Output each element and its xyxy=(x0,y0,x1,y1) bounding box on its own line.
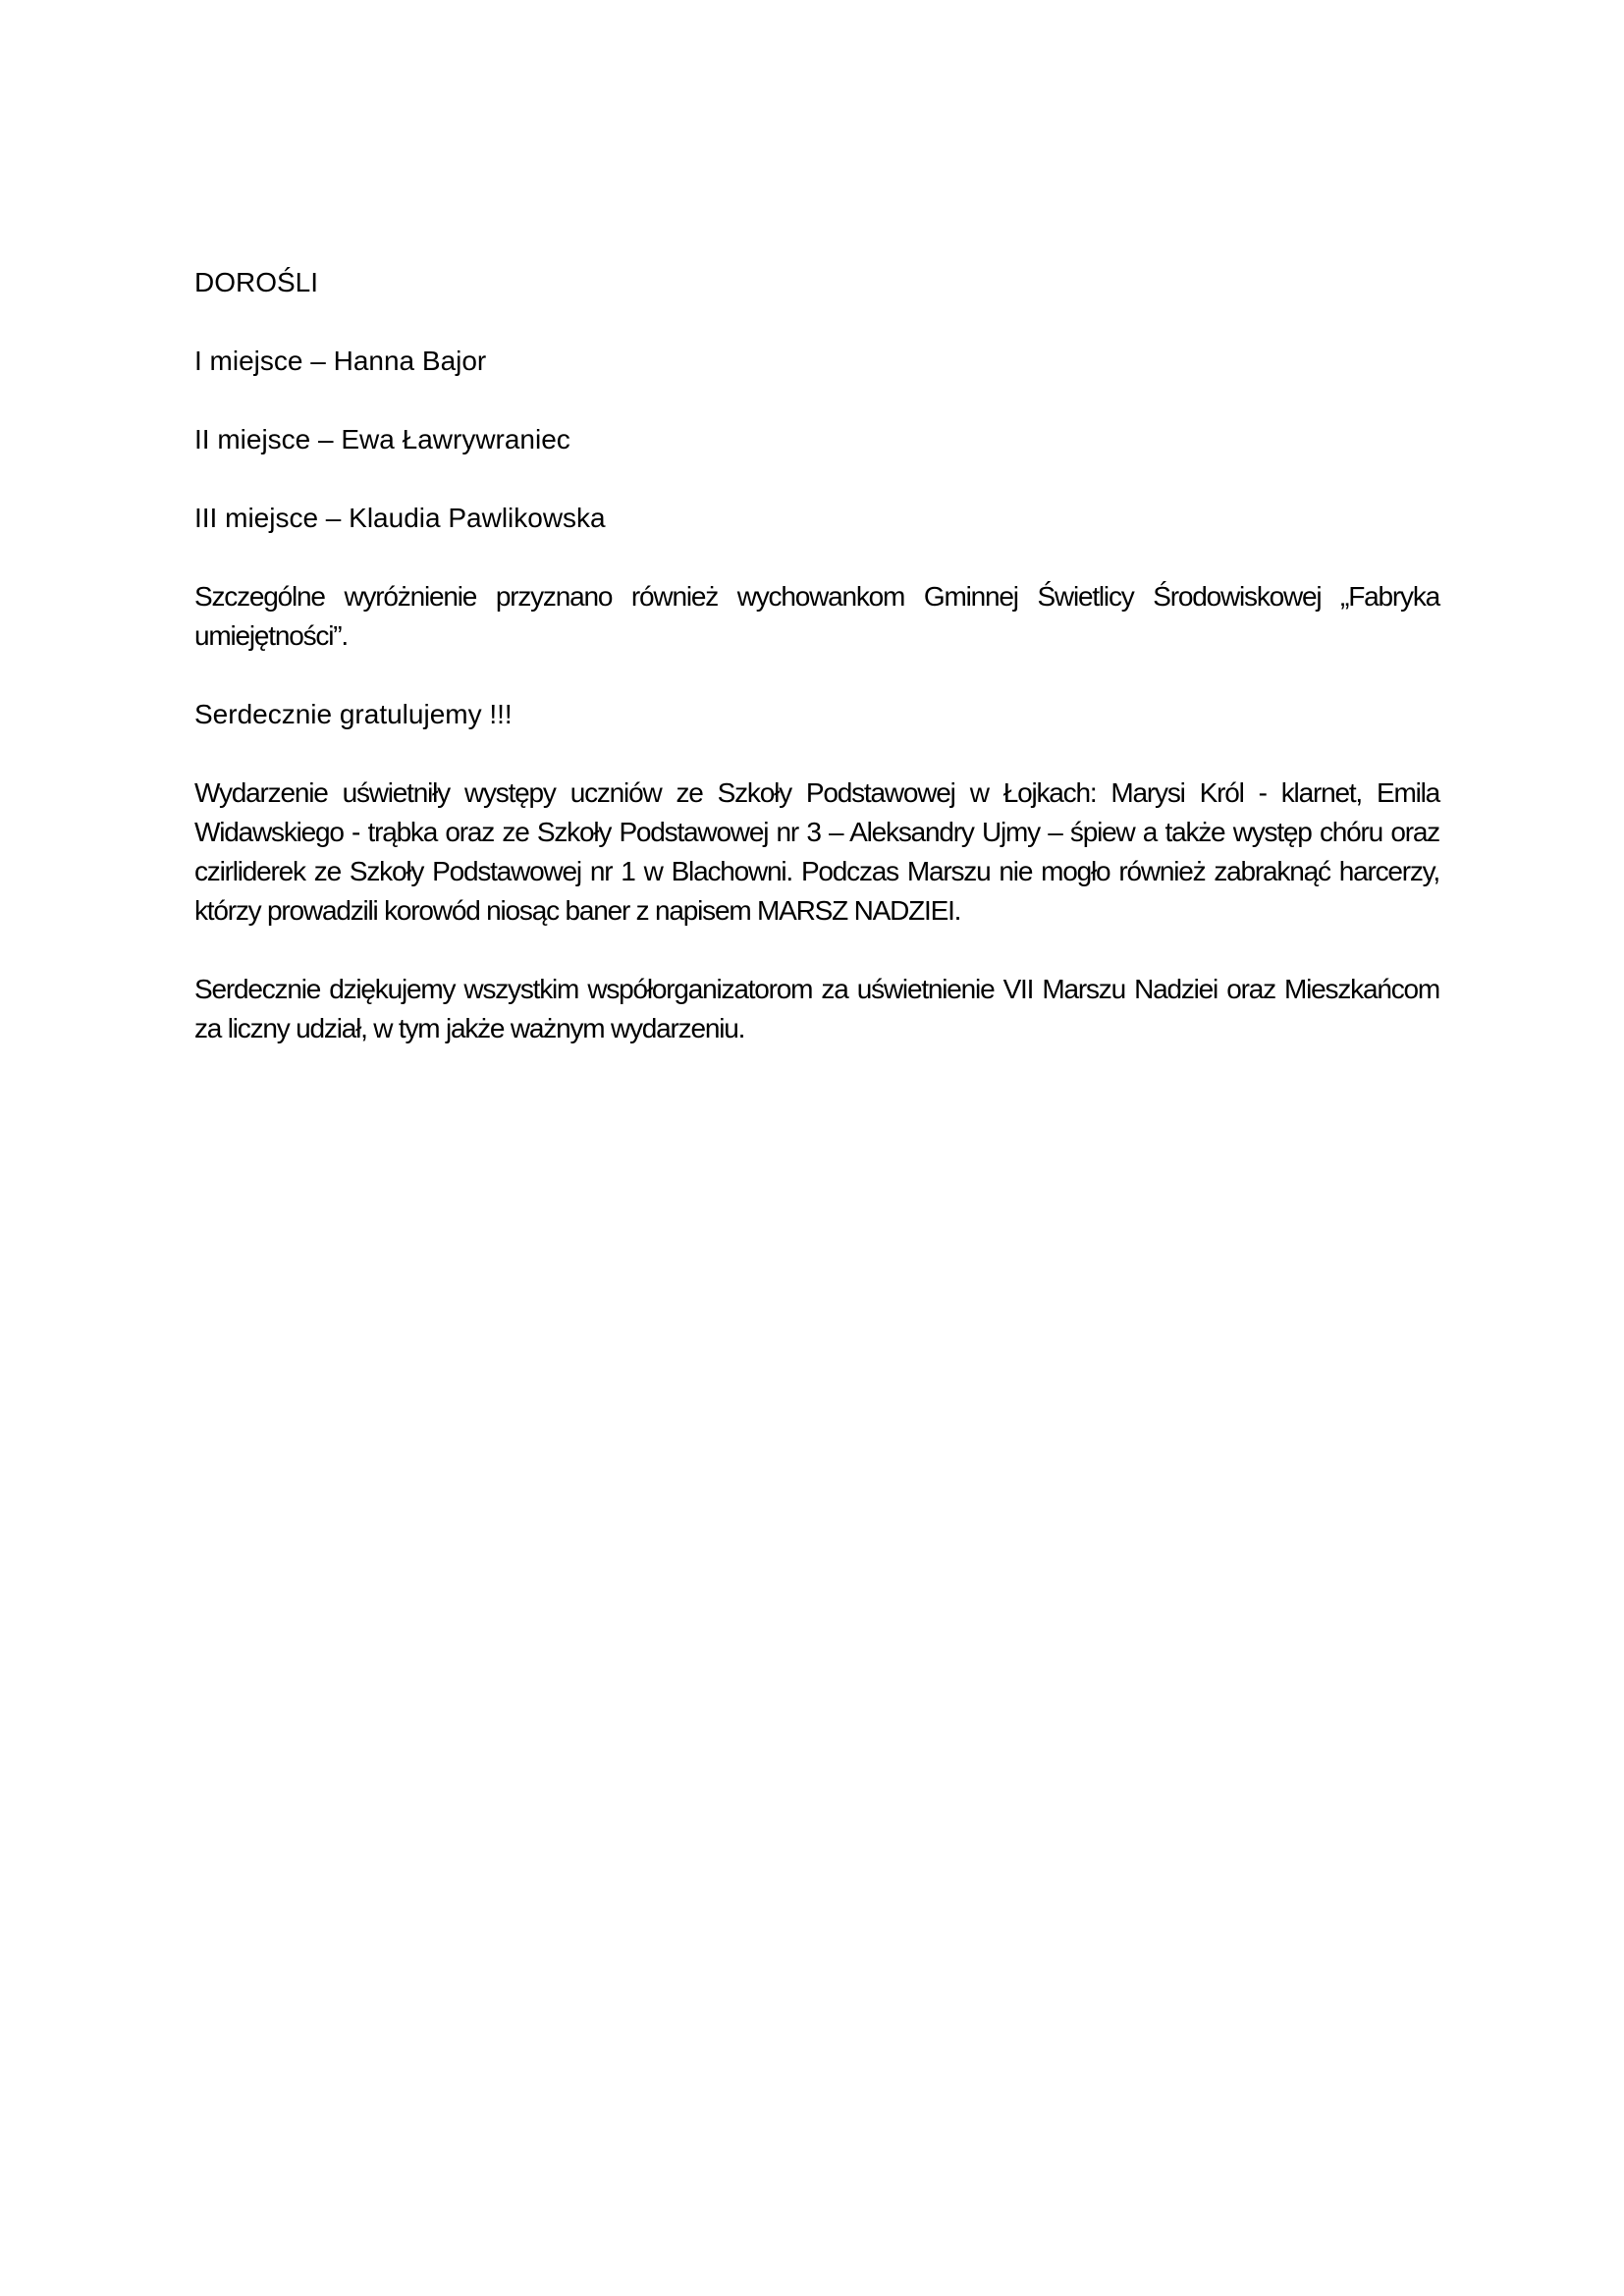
thanks-paragraph: Serdecznie dziękujemy wszystkim współorg… xyxy=(194,970,1439,1048)
place-1: I miejsce – Hanna Bajor xyxy=(194,342,1439,381)
place-3: III miejsce – Klaudia Pawlikowska xyxy=(194,499,1439,538)
place-2: II miejsce – Ewa Ławrywraniec xyxy=(194,420,1439,459)
distinction-paragraph: Szczególne wyróżnienie przyznano również… xyxy=(194,577,1439,656)
document-page: DOROŚLI I miejsce – Hanna Bajor II miejs… xyxy=(194,263,1439,1088)
event-paragraph: Wydarzenie uświetniły występy uczniów ze… xyxy=(194,774,1439,931)
congrats-line: Serdecznie gratulujemy !!! xyxy=(194,695,1439,734)
section-heading: DOROŚLI xyxy=(194,263,1439,302)
